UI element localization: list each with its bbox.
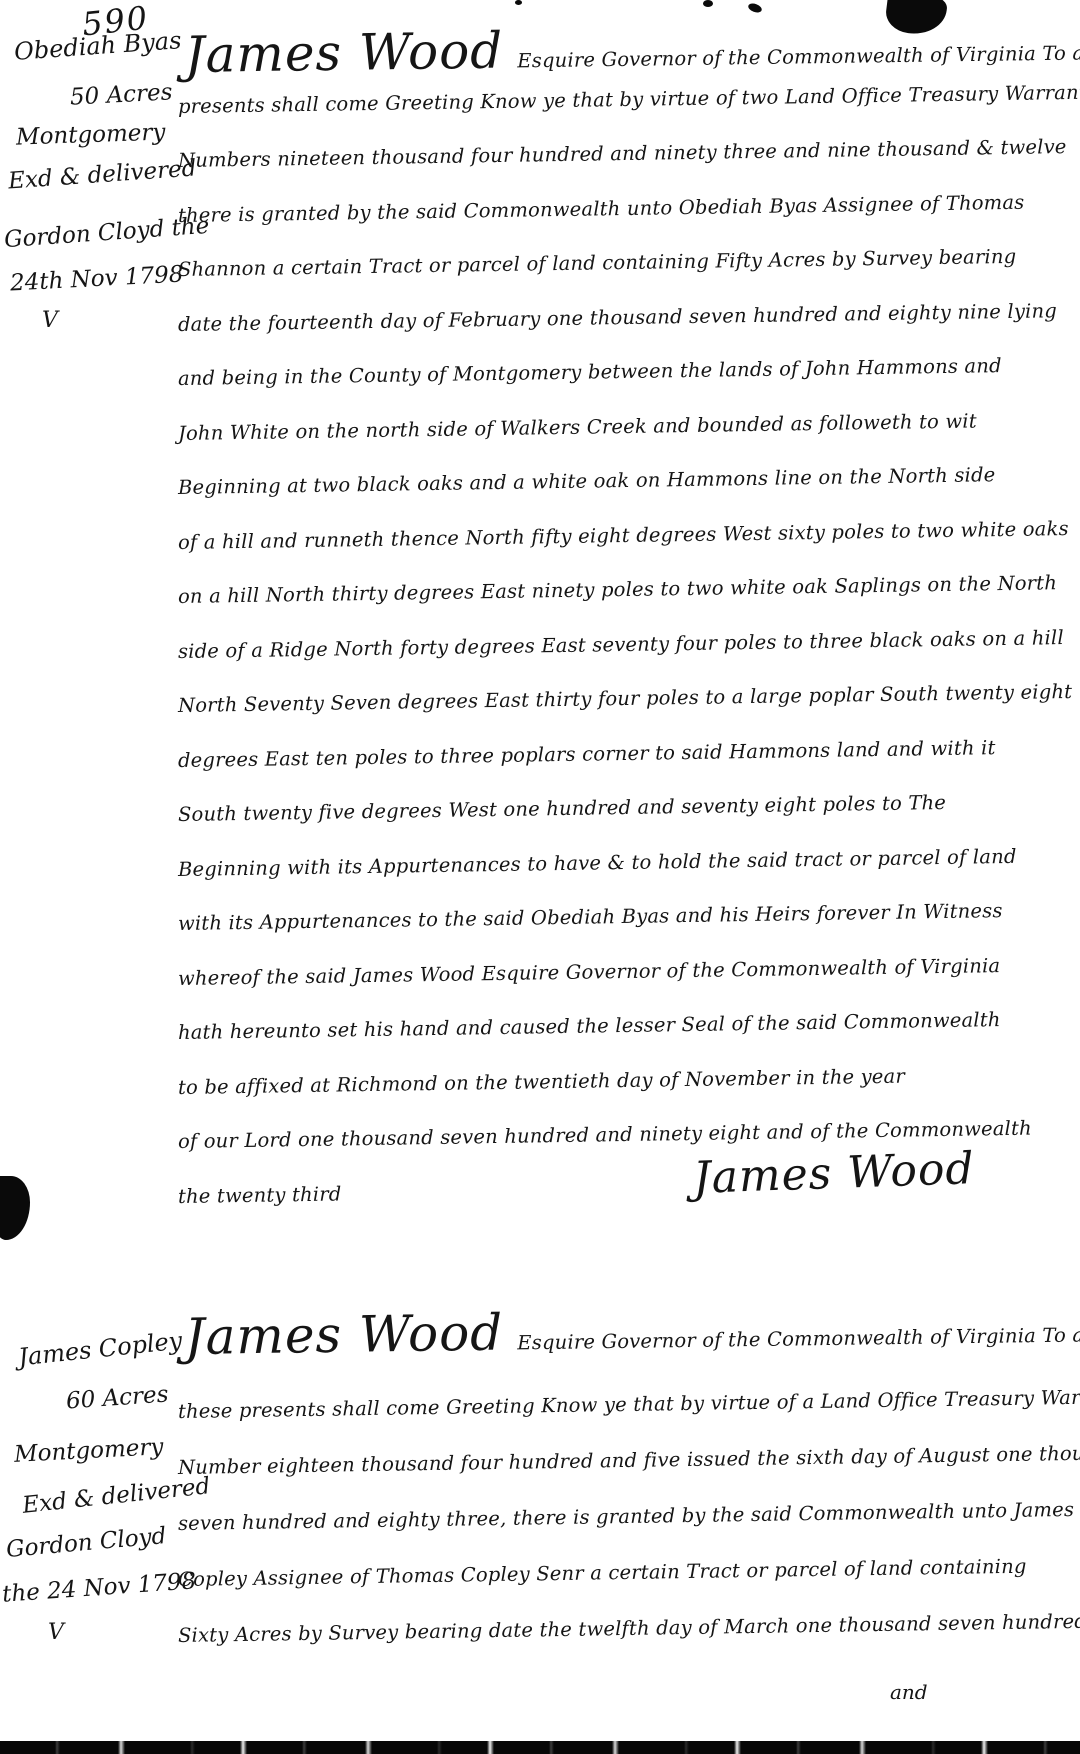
entry1-text-line: North Seventy Seven degrees East thirty …	[178, 681, 978, 717]
margin-date-entry1: 24th Nov 1798	[9, 261, 184, 296]
margin-checkmark-entry1: V	[42, 308, 58, 333]
margin-checkmark-entry2: V	[48, 1620, 64, 1645]
ink-speck	[515, 0, 522, 5]
governor-signature: James Wood	[692, 1143, 975, 1204]
margin-acreage-entry2: 60 Acres	[65, 1381, 169, 1414]
entry1-opening-line-rest: Esquire Governor of the Commonwealth of …	[517, 39, 1080, 72]
entry2-text-line: Sixty Acres by Survey bearing date the t…	[178, 1611, 978, 1647]
ink-speck	[747, 2, 763, 14]
entry1-text-line: South twenty five degrees West one hundr…	[178, 790, 978, 826]
margin-grantee-entry1: Obediah Byas	[13, 26, 182, 66]
entry1-text-line: Beginning with its Appurtenances to have…	[178, 845, 978, 881]
entry1-text-line: and being in the County of Montgomery be…	[178, 354, 978, 390]
entry1-opening-line: James Wood Esquire Governor of the Commo…	[184, 11, 1080, 84]
entry2-text-line: these presents shall come Greeting Know …	[178, 1387, 978, 1423]
entry2-text-line: seven hundred and eighty three, there is…	[178, 1499, 978, 1535]
margin-county-entry2: Montgomery	[13, 1434, 164, 1468]
entry1-text-line: Beginning at two black oaks and a white …	[178, 463, 978, 499]
entry1-text-line: with its Appurtenances to the said Obedi…	[178, 899, 978, 935]
entry1-text-line: Shannon a certain Tract or parcel of lan…	[178, 245, 978, 281]
entry1-text-line: degrees East ten poles to three poplars …	[178, 736, 978, 772]
entry1-text-line: date the fourteenth day of February one …	[178, 300, 978, 336]
entry1-text-line: presents shall come Greeting Know ye tha…	[178, 82, 978, 118]
entry1-text-line: to be affixed at Richmond on the twentie…	[178, 1063, 978, 1099]
ink-blot-left-edge	[0, 1176, 30, 1240]
deed-book-page: 590 Obediah Byas 50 Acres Montgomery Exd…	[0, 0, 1080, 1754]
ink-speck	[703, 0, 713, 7]
margin-date-entry2: the 24 Nov 1798	[1, 1568, 197, 1607]
entry1-grantor-name-display: James Wood	[184, 22, 503, 84]
entry1-text-line: of a hill and runneth thence North fifty…	[178, 518, 978, 554]
entry1-text-line: on a hill North thirty degrees East nine…	[178, 572, 978, 608]
margin-acreage-entry1: 50 Acres	[69, 79, 173, 110]
margin-grantee-entry2: James Copley	[17, 1326, 183, 1371]
entry2-opening-line-rest: Esquire Governor of the Commonwealth of …	[517, 1322, 1080, 1354]
scan-edge-band	[0, 1741, 1080, 1754]
margin-county-entry1: Montgomery	[16, 119, 166, 150]
entry1-text-line: hath hereunto set his hand and caused th…	[178, 1008, 978, 1044]
entry1-text-line: whereof the said James Wood Esquire Gove…	[178, 954, 978, 990]
entry1-text-line: Numbers nineteen thousand four hundred a…	[178, 136, 978, 172]
entry1-text-line: John White on the north side of Walkers …	[178, 409, 978, 445]
entry2-text-line: Number eighteen thousand four hundred an…	[178, 1443, 978, 1479]
catchword: and	[890, 1680, 928, 1704]
margin-exd-note-entry1: Exd & delivered	[7, 155, 197, 194]
entry1-text-line: side of a Ridge North forty degrees East…	[178, 627, 978, 663]
entry2-grantor-name-display: James Wood	[184, 1304, 503, 1366]
entry2-text-line: Copley Assignee of Thomas Copley Senr a …	[178, 1555, 978, 1591]
entry2-opening-line: James Wood Esquire Governor of the Commo…	[184, 1294, 1080, 1366]
entry1-text-line: there is granted by the said Commonwealt…	[178, 191, 978, 227]
margin-delivered-to-entry2: Gordon Cloyd	[5, 1523, 167, 1563]
